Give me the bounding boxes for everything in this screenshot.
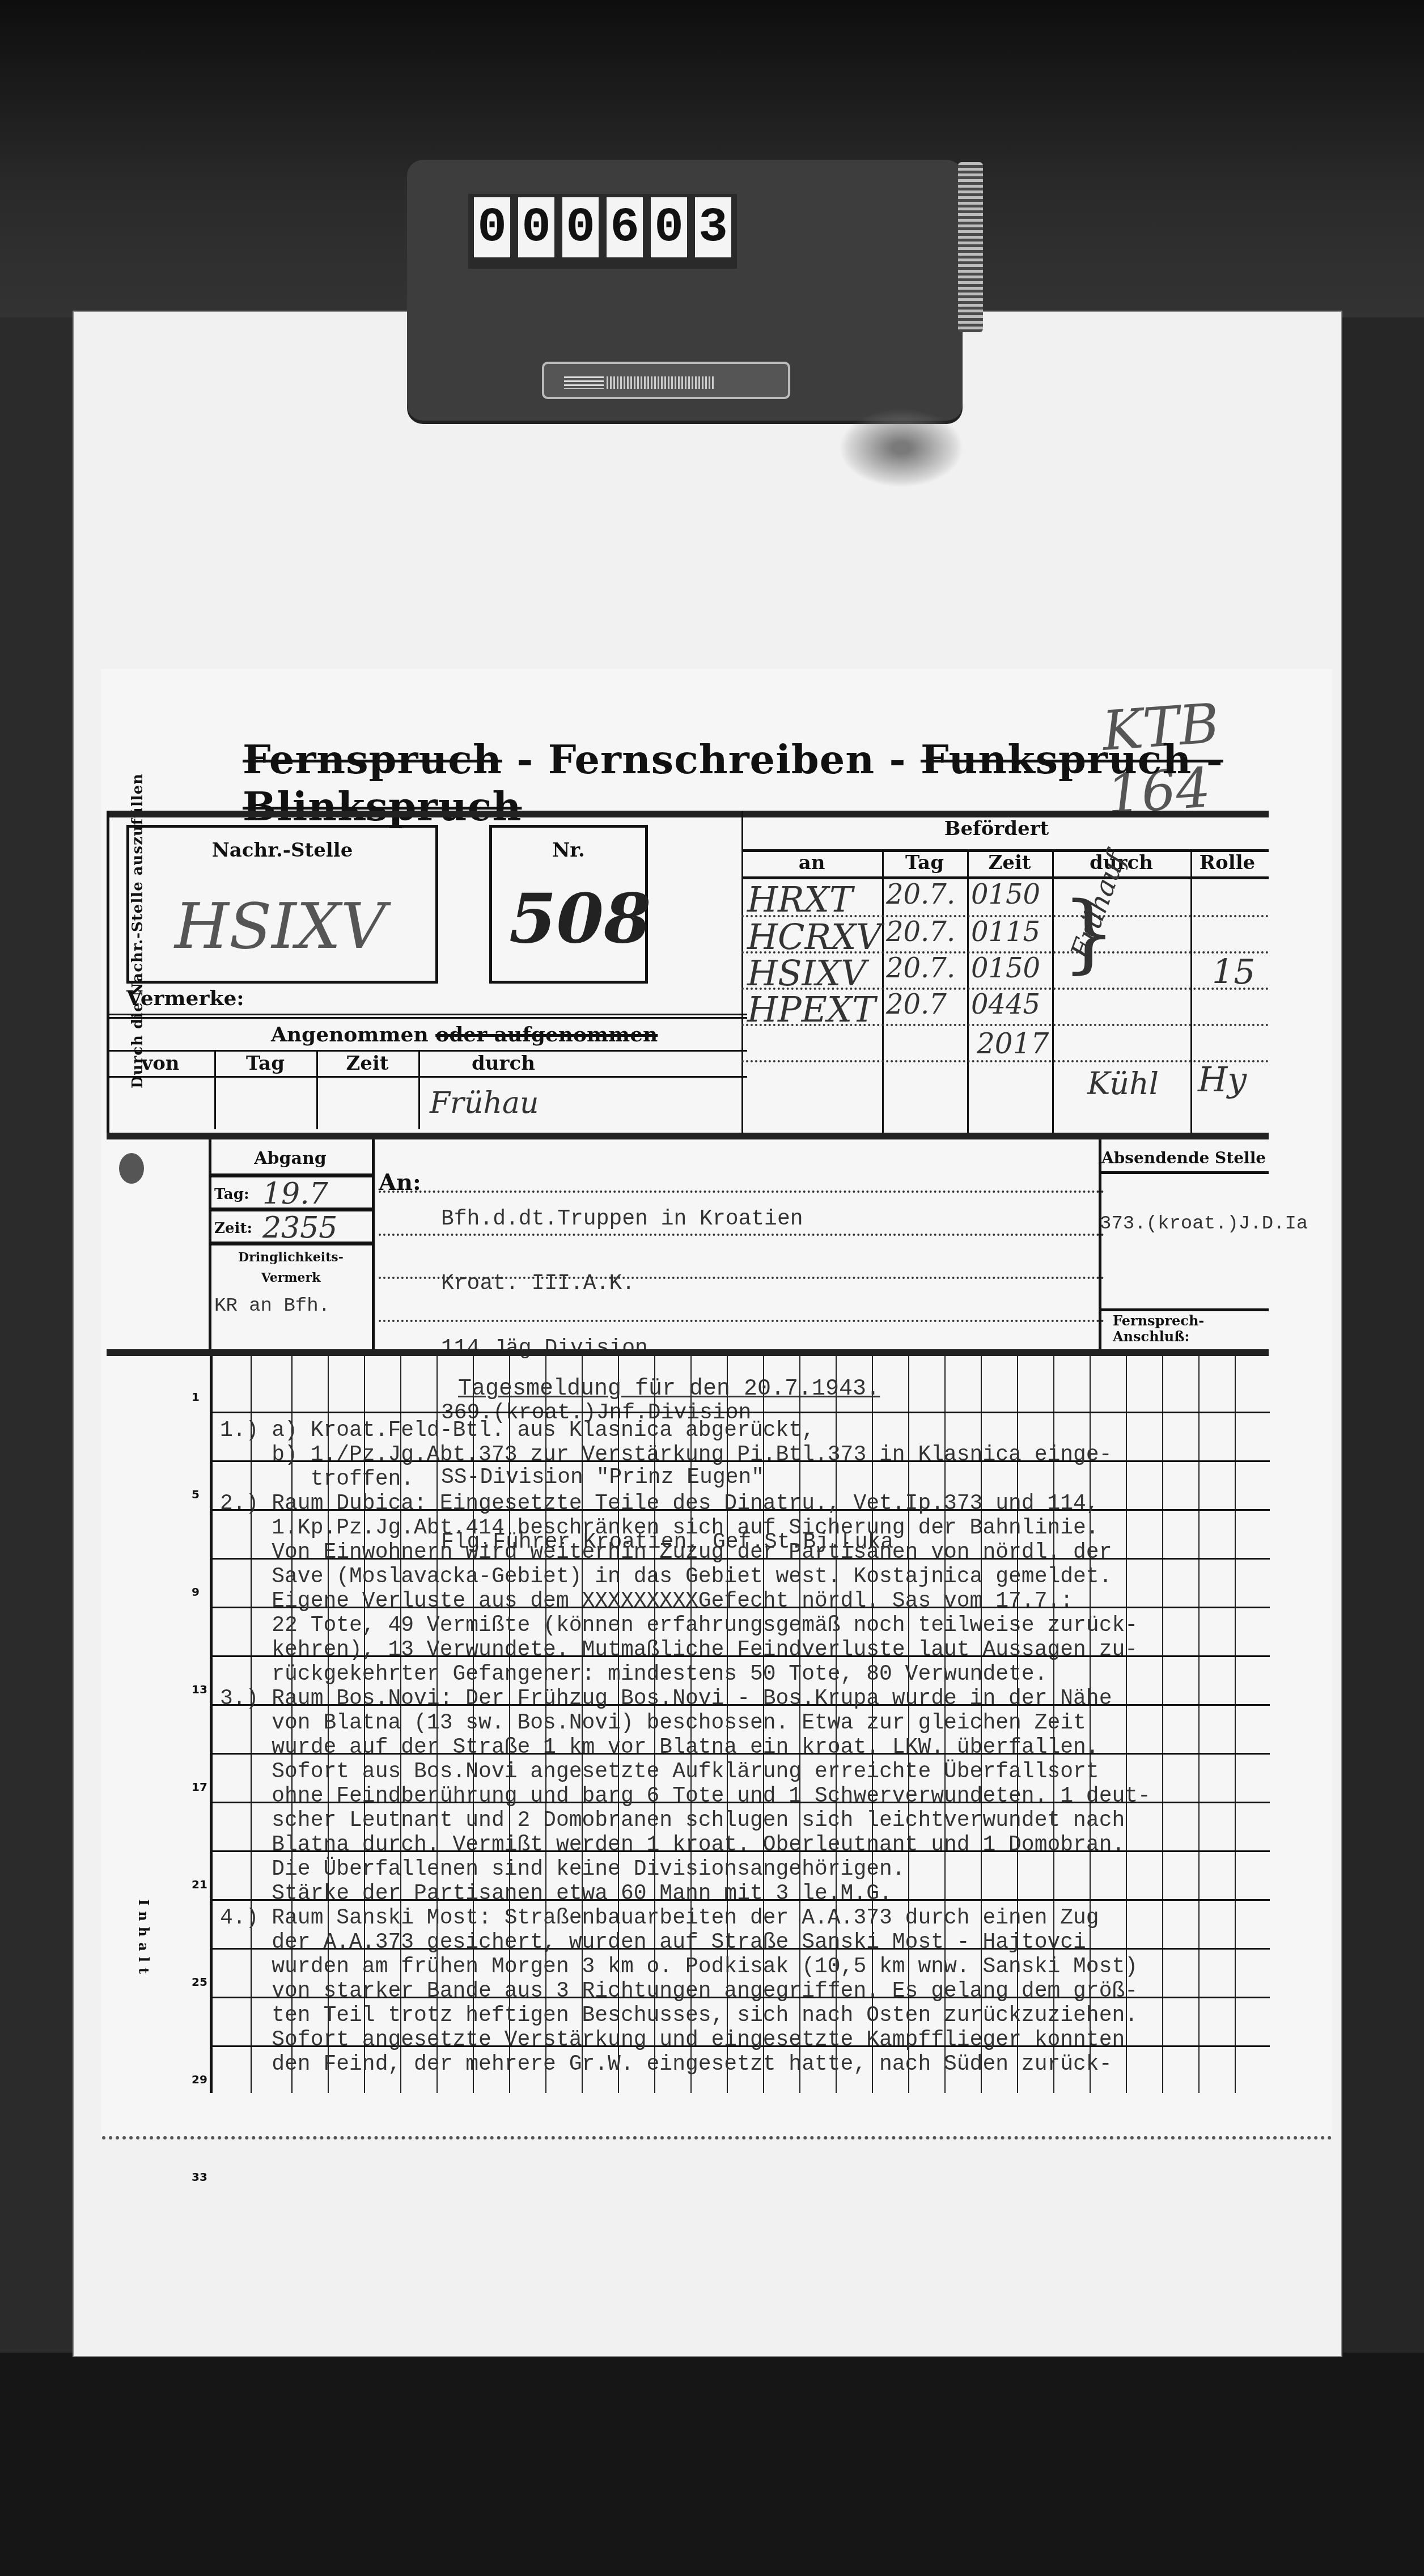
befoerdert-bottom-signature: Kühl [1087,1066,1159,1101]
rule [107,811,109,1134]
line-number: 9 [192,1585,200,1599]
abgang-zeit-value: 2355 [262,1211,337,1245]
line-number: 21 [192,1878,207,1891]
message-line: ten Teil trotz heftigen Beschusses, sich… [220,2003,1354,2028]
message-line: Save (Moslavacka-Gebiet) in das Gebiet w… [220,1565,1354,1589]
ink-smudge [839,408,964,488]
befoerdert-bottom-initial: Hy [1198,1060,1247,1100]
rule [210,1356,213,2093]
message-line: kehren), 13 Verwundete. Mutmaßliche Fein… [220,1638,1354,1662]
rule [1190,849,1192,1133]
col-tag: Tag [882,851,967,874]
nachr-stelle-box: Nachr.-Stelle HSIXV [126,825,438,984]
rule [1099,1171,1269,1174]
line-number: 25 [192,1975,207,1989]
message-line: troffen. [220,1467,1354,1492]
rule [1052,849,1054,1133]
rule [107,1017,747,1019]
rule [107,1133,1269,1139]
inhalt-label: Inhalt [135,1899,152,1980]
scan-background-bottom [0,2353,1424,2576]
rule [209,1242,372,1245]
rule [372,1139,375,1352]
angenommen-durch-value: Frühau [430,1086,539,1120]
abgang-zeit-label: Zeit: [214,1220,252,1237]
absendende-stelle-label: Absendende Stelle [1099,1149,1269,1167]
message-line: 1.Kp.Pz.Jg.Abt.414 beschränken sich auf … [220,1516,1354,1540]
message-line: Die Überfallenen sind keine Divisionsang… [220,1857,1354,1882]
frame-counter-digits: 0 0 0 6 0 3 [468,194,737,269]
counter-digit: 0 [474,197,510,257]
befoerdert-zeit-2: 0115 [971,916,1040,948]
befoerdert-zeit-1: 0150 [971,879,1040,910]
rule [967,849,969,1133]
title-separator: - [502,736,548,783]
counter-digit: 0 [562,197,599,257]
teletype-message-form: KTB 164 Fernspruch - Fernschreiben - Fun… [101,669,1332,2137]
message-line: 22 Tote, 49 Vermißte (können erfahrungsg… [220,1613,1354,1638]
nr-value: 508 [509,879,651,959]
befoerdert-tag-1: 20.7. [886,879,955,910]
recipient: Kroat. III.A.K. [441,1273,893,1295]
message-line: Sofort aus Bos.Novi angesetzte Aufklärun… [220,1760,1354,1784]
message-line: 2.) Raum Dubica: Eingesetzte Teile des D… [220,1492,1354,1516]
abgang-tag-label: Tag: [214,1186,249,1203]
title-fernschreiben: Fernschreiben [548,736,875,783]
abgang-tag-value: 19.7 [262,1177,328,1211]
col-durch: durch [418,1052,588,1075]
col-an: an [741,851,882,874]
nachr-stelle-value: HSIXV [175,890,386,963]
col-zeit: Zeit [967,851,1052,874]
title-fernspruch: Fernspruch [243,736,502,783]
message-line: rückgekehrter Gefangener: mindestens 50 … [220,1662,1354,1687]
counter-digit: 3 [695,197,731,257]
message-line: wurde auf der Straße 1 km vor Blatna ein… [220,1735,1354,1760]
counter-digit: 0 [651,197,687,257]
rule [107,1349,1269,1356]
col-zeit: Zeit [316,1052,418,1075]
message-line: der A.A.373 gesichert, wurden auf Straße… [220,1930,1354,1955]
message-line: wurden am frühen Morgen 3 km o. Podkisak… [220,1955,1354,1979]
message-line: 1.) a) Kroat.Feld-Btl. aus Klasnica abge… [220,1418,1354,1443]
col-rolle: Rolle [1190,851,1264,874]
befoerdert-an-1: HRXT [747,879,853,920]
message-line: von Blatna (13 sw. Bos.Novi) beschossen.… [220,1711,1354,1735]
message-line: b) 1./Pz.Jg.Abt.373 zur Verstärkung Pi.B… [220,1443,1354,1467]
befoerdert-zeit-3: 0150 [971,952,1040,984]
befoerdert-an-2: HCRXV [747,916,881,957]
rule [741,1060,1269,1062]
angenommen-label: Angenommen [271,1023,429,1046]
counter-nameplate [542,362,790,399]
aufgenommen-struck-label: oder aufgenommen [435,1023,658,1046]
befoerdert-zeit-4: 0445 [971,989,1040,1020]
recipient: Bfh.d.dt.Truppen in Kroatien [441,1209,893,1230]
rule [1099,1308,1269,1311]
line-number: 29 [192,2073,207,2086]
message-body: 1.) a) Kroat.Feld-Btl. aus Klasnica abge… [220,1418,1354,2077]
nr-label: Nr. [492,839,645,862]
nachr-stelle-label: Nachr.-Stelle [129,839,435,862]
title-separator: - [875,736,921,783]
col-tag: Tag [214,1052,316,1075]
befoerdert-tag-3: 20.7. [886,952,955,984]
abgang-label: Abgang [209,1149,372,1168]
line-number: 13 [192,1683,207,1696]
message-line: ohne Feindberührung und barg 6 Tote und … [220,1784,1354,1808]
nr-box: Nr. 508 [489,825,648,984]
vermerke-label: Vermerke: [126,986,244,1010]
line-number: 1 [192,1390,200,1404]
rule [107,1076,747,1078]
dringlichkeit-label: Dringlichkeits-Vermerk [214,1247,367,1288]
message-line: Sofort angesetzte Verstärkung und einges… [220,2028,1354,2052]
scan-background-left [0,317,74,2358]
counter-wheel-icon [958,162,983,332]
angenommen-heading: Angenommen oder aufgenommen [271,1023,658,1046]
message-line: Eigene Verluste aus dem XXXXXXXXXGefecht… [220,1589,1354,1613]
befoerdert-zeit-5: 2017 [977,1027,1049,1060]
message-title: Tagesmeldung für den 20.7.1943. [458,1376,880,1402]
rule [107,1050,747,1052]
frame-counter-device: 0 0 0 6 0 3 [407,160,963,421]
rule [107,1014,747,1015]
dringlichkeit-value: KR an Bfh. [214,1295,330,1317]
message-line: 4.) Raum Sanski Most: Straßenbauarbeiten… [220,1906,1354,1930]
rule [882,849,884,1133]
message-line: Blatna durch. Vermißt werden 1 kroat. Ob… [220,1833,1354,1857]
message-line: von starker Bande aus 3 Richtungen angeg… [220,1979,1354,2003]
befoerdert-rolle-value: 15 [1212,952,1255,992]
counter-digit: 6 [607,197,643,257]
message-line: scher Leutnant und 2 Domobranen schlugen… [220,1808,1354,1833]
fernsprech-label: Fernsprech-Anschluß: [1113,1313,1226,1345]
befoerdert-an-4: HPEXT [747,989,876,1030]
col-von: von [107,1052,214,1075]
rule [107,811,1269,817]
line-number: 5 [192,1488,200,1501]
perforation-edge [102,2136,1332,2145]
message-line: den Feind, der mehrere Gr.W. eingesetzt … [220,2052,1354,2077]
rule [210,1412,1270,1413]
befoerdert-an-3: HSIXV [747,952,866,994]
absendende-stelle-value: 373.(kroat.)J.D.Ia [1100,1213,1308,1235]
line-number: 17 [192,1780,207,1794]
befoerdert-heading: Befördert [741,817,1252,840]
rule [209,1139,211,1352]
counter-digit: 0 [518,197,554,257]
message-line: Von Einwohnern wird weiterhin Zuzug der … [220,1540,1354,1565]
befoerdert-tag-2: 20.7. [886,916,955,948]
befoerdert-tag-4: 20.7 [886,989,947,1020]
message-line: Stärke der Partisanen etwa 60 Mann mit 3… [220,1882,1354,1906]
line-number: 33 [192,2170,207,2184]
message-line: 3.) Raum Bos.Novi: Der Frühzug Bos.Novi … [220,1687,1354,1711]
scan-background-right [1344,317,1424,2358]
punch-hole-icon [119,1153,144,1184]
